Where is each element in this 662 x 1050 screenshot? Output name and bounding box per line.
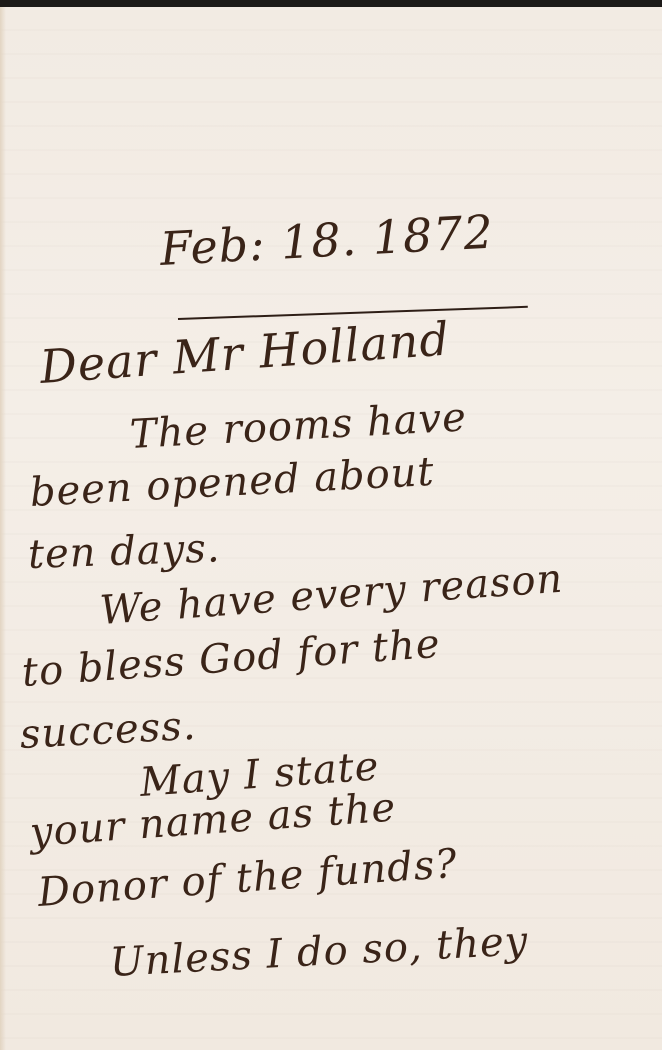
letter-line-3: ten days.	[27, 525, 221, 578]
letter-line-6: success.	[19, 703, 198, 758]
paper-edge-shadow	[0, 7, 6, 1050]
scan-top-edge	[0, 0, 662, 7]
